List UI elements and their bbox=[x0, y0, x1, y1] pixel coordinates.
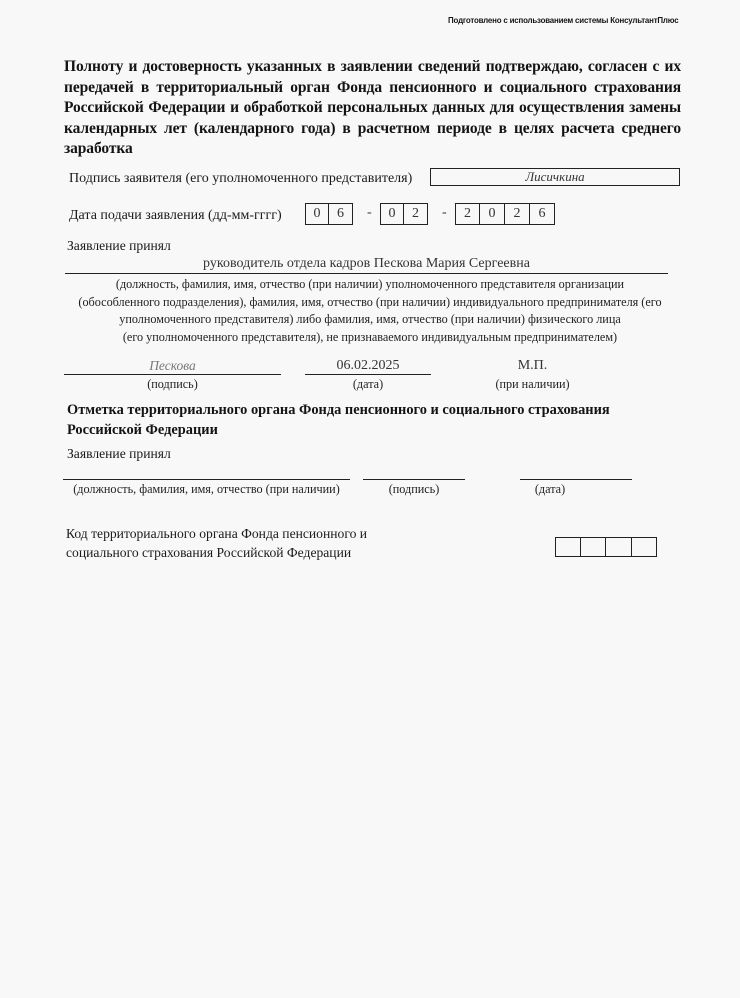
date-year-cells[interactable]: 2 0 2 6 bbox=[455, 203, 555, 225]
caption-line: (обособленного подразделения), фамилия, … bbox=[55, 294, 685, 312]
applicant-signature-field[interactable]: Лисичкина bbox=[430, 168, 680, 186]
submission-date-label: Дата подачи заявления (дд-мм-гггг) bbox=[69, 208, 282, 224]
territorial-code-label: Код территориального органа Фонда пенсио… bbox=[66, 524, 367, 562]
code-label-line: Код территориального органа Фонда пенсио… bbox=[66, 524, 367, 543]
fund-signature-line[interactable] bbox=[363, 479, 465, 480]
stamp-caption: (при наличии) bbox=[480, 376, 585, 394]
caption-line: (должность, фамилия, имя, отчество (при … bbox=[55, 276, 685, 294]
date-year-digit[interactable]: 6 bbox=[530, 203, 555, 225]
fund-position-line[interactable] bbox=[63, 479, 350, 480]
date-year-digit[interactable]: 2 bbox=[455, 203, 480, 225]
code-cell[interactable] bbox=[632, 537, 658, 557]
caption-line: уполномоченного представителя) либо фами… bbox=[55, 311, 685, 329]
fund-date-line[interactable] bbox=[520, 479, 632, 480]
fund-position-caption: (должность, фамилия, имя, отчество (при … bbox=[63, 481, 350, 499]
code-cell[interactable] bbox=[555, 537, 581, 557]
stamp-label: М.П. bbox=[480, 358, 585, 374]
date-month-cells[interactable]: 0 2 bbox=[380, 203, 428, 225]
consultant-plus-note: Подготовлено с использованием системы Ко… bbox=[448, 15, 678, 25]
fund-accepted-label: Заявление принял bbox=[67, 446, 171, 462]
employer-date-line bbox=[305, 374, 431, 375]
fund-date-caption: (дата) bbox=[520, 481, 580, 499]
code-label-line: социального страхования Российской Федер… bbox=[66, 543, 367, 562]
date-year-digit[interactable]: 2 bbox=[505, 203, 530, 225]
accepted-by-caption: (должность, фамилия, имя, отчество (при … bbox=[55, 276, 685, 346]
code-cell[interactable] bbox=[606, 537, 632, 557]
employer-date-value[interactable]: 06.02.2025 bbox=[305, 358, 431, 374]
consent-statement: Полноту и достоверность указанных в заяв… bbox=[64, 57, 681, 160]
code-cell[interactable] bbox=[581, 537, 607, 557]
fund-mark-title: Отметка территориального органа Фонда пе… bbox=[67, 400, 667, 440]
accepted-by-line bbox=[65, 273, 668, 274]
applicant-signature-label: Подпись заявителя (его уполномоченного п… bbox=[69, 171, 412, 187]
date-separator: - bbox=[442, 205, 447, 221]
date-day-digit[interactable]: 0 bbox=[305, 203, 329, 225]
employer-date-caption: (дата) bbox=[305, 376, 431, 394]
date-month-digit[interactable]: 2 bbox=[404, 203, 428, 225]
date-separator: - bbox=[367, 205, 372, 221]
date-year-digit[interactable]: 0 bbox=[480, 203, 505, 225]
employer-signature-value[interactable]: Пескова bbox=[64, 358, 281, 374]
date-day-cells[interactable]: 0 6 bbox=[305, 203, 353, 225]
employer-signature-caption: (подпись) bbox=[64, 376, 281, 394]
date-day-digit[interactable]: 6 bbox=[329, 203, 353, 225]
accepted-by-value[interactable]: руководитель отдела кадров Пескова Мария… bbox=[65, 256, 668, 272]
caption-line: (его уполномоченного представителя), не … bbox=[55, 329, 685, 347]
territorial-code-cells[interactable] bbox=[555, 537, 657, 557]
date-month-digit[interactable]: 0 bbox=[380, 203, 404, 225]
fund-signature-caption: (подпись) bbox=[363, 481, 465, 499]
employer-signature-line bbox=[64, 374, 281, 375]
accepted-by-label: Заявление принял bbox=[67, 238, 171, 254]
